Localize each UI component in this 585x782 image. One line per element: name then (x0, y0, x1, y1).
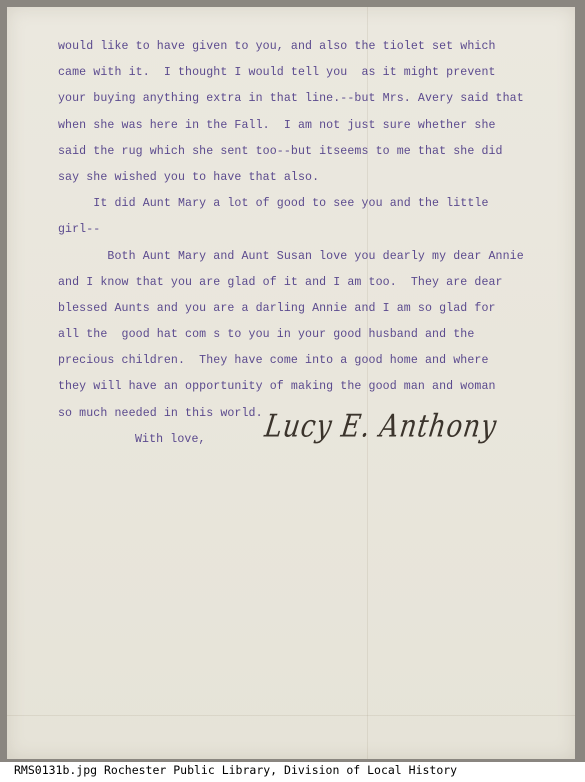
letter-line: said the rug which she sent too--but its… (58, 139, 558, 165)
letter-line: and I know that you are glad of it and I… (58, 270, 558, 296)
paper-fold-horizontal (7, 715, 575, 716)
letter-line: came with it. I thought I would tell you… (58, 60, 558, 86)
letter-line: all the good hat com s to you in your go… (58, 322, 558, 348)
letter-line: Both Aunt Mary and Aunt Susan love you d… (58, 244, 558, 270)
letter-line: girl-- (58, 217, 558, 243)
letter-line: say she wished you to have that also. (58, 165, 558, 191)
letter-line: your buying anything extra in that line.… (58, 86, 558, 112)
letter-line: would like to have given to you, and als… (58, 34, 558, 60)
letter-line: when she was here in the Fall. I am not … (58, 113, 558, 139)
handwritten-signature: Lucy E. Anthony (262, 409, 499, 445)
letter-line: It did Aunt Mary a lot of good to see yo… (58, 191, 558, 217)
letter-line: they will have an opportunity of making … (58, 374, 558, 400)
letter-line: precious children. They have come into a… (58, 348, 558, 374)
letter-body: would like to have given to you, and als… (58, 34, 558, 453)
image-caption: RMS0131b.jpg Rochester Public Library, D… (14, 763, 457, 777)
letter-line: blessed Aunts and you are a darling Anni… (58, 296, 558, 322)
